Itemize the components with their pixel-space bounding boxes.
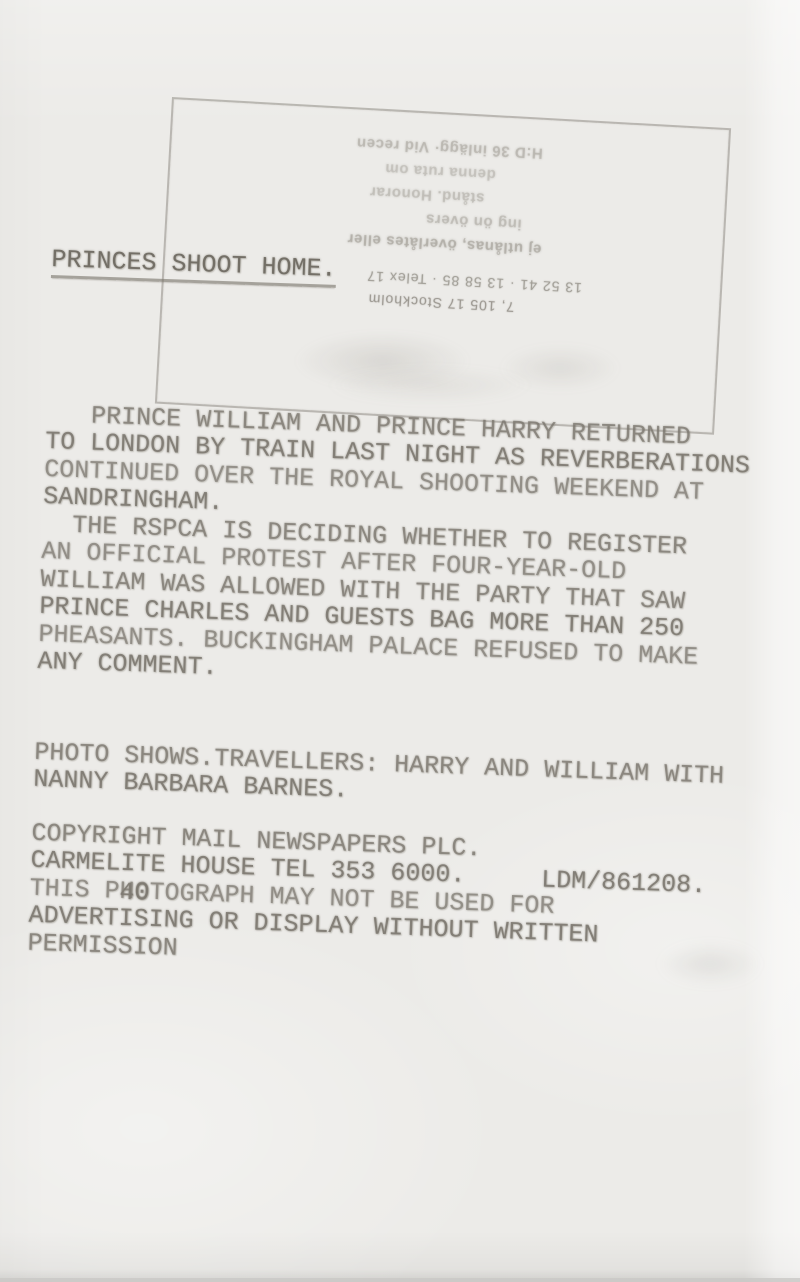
- typewritten-text: PRINCES SHOOT HOME. PRINCE WILLIAM AND P…: [44, 246, 800, 492]
- stamp-terms: ej utlånas, överlåtes ellering ön överss…: [166, 121, 728, 270]
- press-photo-caption-scan: { "colors": { "paper": "#ecebe8", "typew…: [0, 0, 800, 1282]
- copyright-block: COPYRIGHT MAIL NEWSPAPERS PLC.CARMELITE …: [27, 737, 604, 977]
- scan-bottom-edge: [0, 1278, 800, 1282]
